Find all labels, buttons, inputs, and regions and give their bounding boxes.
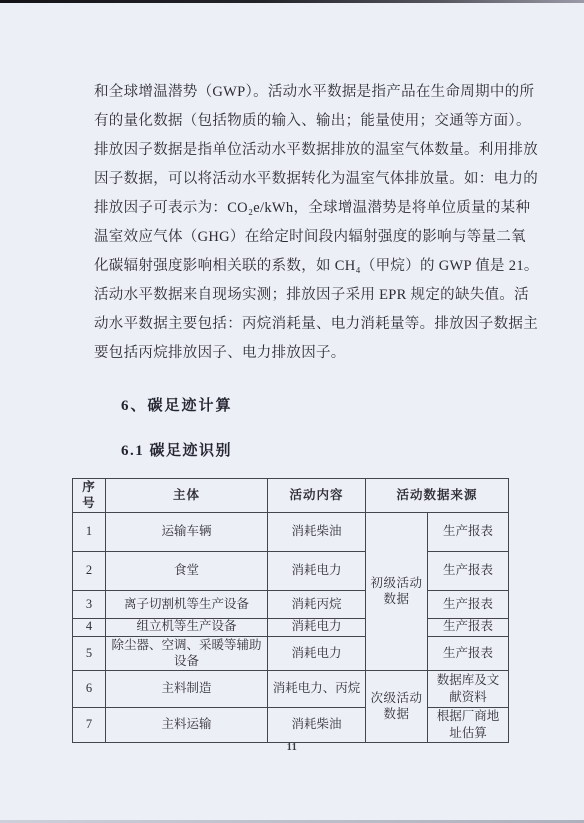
cell-activity: 消耗柴油 (268, 512, 366, 551)
cell-activity: 消耗电力 (268, 551, 366, 590)
cell-subject: 组立机等生产设备 (106, 618, 268, 636)
body-text-line: 要包括丙烷排放因子、电力排放因子。 (94, 339, 494, 368)
body-paragraph: 和全球增温潜势（GWP）。活动水平数据是指产品在生命周期中的所 有的量化数据（包… (94, 78, 494, 368)
cell-subject: 主料制造 (106, 670, 268, 707)
cell-activity: 消耗柴油 (268, 707, 366, 742)
body-text-line: 有的量化数据（包括物质的输入、输出；能量使用；交通等方面）。 (94, 107, 494, 136)
table-row: 1 运输车辆 消耗柴油 初级活动数据 生产报表 (73, 512, 509, 551)
body-text-line: 因子数据，可以将活动水平数据转化为温室气体排放量。如：电力的 (94, 165, 494, 194)
table-row: 3 离子切割机等生产设备 消耗丙烷 生产报表 (73, 590, 509, 618)
table-header-row: 序号 主体 活动内容 活动数据来源 (73, 479, 509, 513)
cell-activity: 消耗电力 (268, 636, 366, 670)
cell-source: 生产报表 (428, 618, 509, 636)
cell-category-secondary: 次级活动数据 (366, 670, 428, 742)
header-data-source: 活动数据来源 (366, 479, 509, 513)
header-activity: 活动内容 (268, 479, 366, 513)
cell-no: 4 (73, 618, 106, 636)
cell-subject: 离子切割机等生产设备 (106, 590, 268, 618)
body-text-line: 排放因子数据是指单位活动水平数据排放的温室气体数量。利用排放 (94, 136, 494, 165)
cell-subject: 运输车辆 (106, 512, 268, 551)
table-row: 6 主料制造 消耗电力、丙烷 次级活动数据 数据库及文献资料 (73, 670, 509, 707)
cell-subject: 除尘器、空调、采暖等辅助设备 (106, 636, 268, 670)
cell-activity: 消耗电力、丙烷 (268, 670, 366, 707)
cell-no: 7 (73, 707, 106, 742)
table-row: 4 组立机等生产设备 消耗电力 生产报表 (73, 618, 509, 636)
cell-source: 生产报表 (428, 590, 509, 618)
table-row: 7 主料运输 消耗柴油 根据厂商地址估算 (73, 707, 509, 742)
header-no: 序号 (73, 479, 106, 513)
cell-no: 1 (73, 512, 106, 551)
cell-no: 6 (73, 670, 106, 707)
cell-source: 生产报表 (428, 551, 509, 590)
cell-source: 生产报表 (428, 636, 509, 670)
cell-category-primary: 初级活动数据 (366, 512, 428, 670)
cell-source: 生产报表 (428, 512, 509, 551)
body-text-line: 温室效应气体（GHG）在给定时间段内辐射强度的影响与等量二氧 (94, 223, 494, 252)
body-text-line: 和全球增温潜势（GWP）。活动水平数据是指产品在生命周期中的所 (94, 78, 494, 107)
body-text-line: 化碳辐射强度影响相关联的系数，如 CH₄（甲烷）的 GWP 值是 21。 (94, 252, 494, 281)
table-row: 5 除尘器、空调、采暖等辅助设备 消耗电力 生产报表 (73, 636, 509, 670)
cell-subject: 食堂 (106, 551, 268, 590)
scanned-document-page: 和全球增温潜势（GWP）。活动水平数据是指产品在生命周期中的所 有的量化数据（包… (0, 0, 584, 823)
cell-no: 2 (73, 551, 106, 590)
section-heading: 6、碳足迹计算 (121, 394, 233, 415)
body-text-line: 动水平数据主要包括：丙烷消耗量、电力消耗量等。排放因子数据主 (94, 310, 494, 339)
cell-activity: 消耗丙烷 (268, 590, 366, 618)
body-text-line: 排放因子可表示为：CO₂e/kWh，全球增温潜势是将单位质量的某种 (94, 194, 494, 223)
cell-no: 3 (73, 590, 106, 618)
cell-source: 根据厂商地址估算 (428, 707, 509, 742)
body-text-line: 活动水平数据来自现场实测；排放因子采用 EPR 规定的缺失值。活 (94, 281, 494, 310)
cell-subject: 主料运输 (106, 707, 268, 742)
subsection-heading: 6.1 碳足迹识别 (121, 439, 232, 460)
cell-no: 5 (73, 636, 106, 670)
carbon-footprint-table: 序号 主体 活动内容 活动数据来源 1 运输车辆 消耗柴油 初级活动数据 生产报… (72, 478, 509, 743)
scan-artifact-top-edge (0, 0, 584, 3)
table-row: 2 食堂 消耗电力 生产报表 (73, 551, 509, 590)
cell-source: 数据库及文献资料 (428, 670, 509, 707)
cell-activity: 消耗电力 (268, 618, 366, 636)
header-subject: 主体 (106, 479, 268, 513)
page-number: 11 (0, 742, 584, 753)
